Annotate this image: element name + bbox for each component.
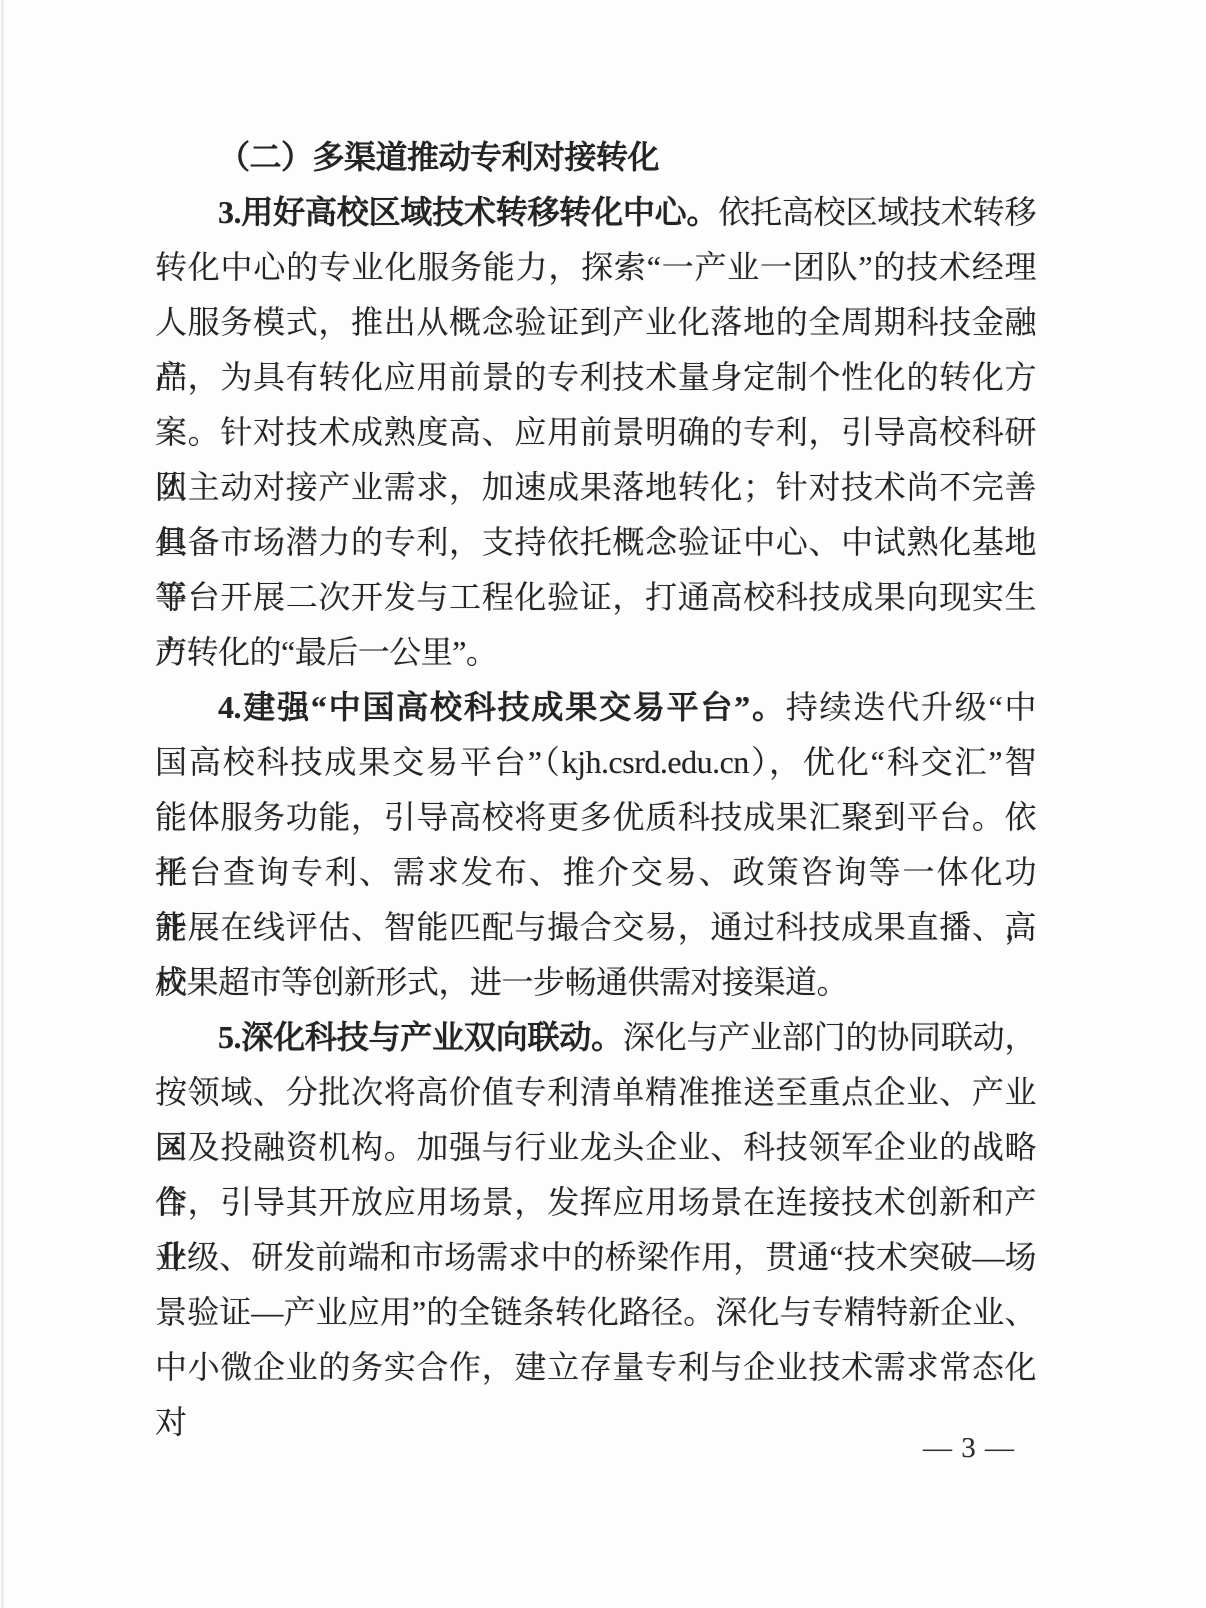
scanned-document-page: （二）多渠道推动专利对接转化 3.用好高校区域技术转移转化中心。依托高校区域技术…: [0, 0, 1206, 1608]
text-line: 国高校科技成果交易平台”（kjh.csrd.edu.cn），优化“科交汇”智: [155, 735, 1036, 790]
section-heading: （二）多渠道推动专利对接转化: [155, 130, 1036, 185]
line-text: 品，为具有转化应用前景的专利技术量身定制个性化的转化方: [155, 359, 1036, 395]
section-heading-text: （二）多渠道推动专利对接转化: [218, 139, 659, 175]
text-line: 品，为具有转化应用前景的专利技术量身定制个性化的转化方: [155, 350, 1036, 405]
line-text: 景验证—产业应用”的全链条转化路径。深化与专精特新企业、: [155, 1294, 1036, 1330]
text-line: 中小微企业的务实合作，建立存量专利与企业技术需求常态化对: [155, 1340, 1036, 1395]
line-text: 转化中心的专业化服务能力，探索“一产业一团队”的技术经理: [155, 249, 1036, 285]
text-line: 案。针对技术成熟度高、应用前景明确的专利，引导高校科研团: [155, 405, 1036, 460]
line-text: 依托高校区域技术转移: [718, 194, 1036, 230]
line-text: 持续迭代升级“中: [786, 689, 1036, 725]
text-line: 平台查询专利、需求发布、推介交易、政策咨询等一体化功能，: [155, 845, 1036, 900]
text-line: 作，引导其开放应用场景，发挥应用场景在连接技术创新和产业: [155, 1175, 1036, 1230]
paragraph-lead-bold: 4.建强“中国高校科技成果交易平台”。: [218, 689, 786, 725]
text-line: 4.建强“中国高校科技成果交易平台”。持续迭代升级“中: [155, 680, 1036, 735]
line-text: 力转化的“最后一公里”。: [155, 634, 497, 670]
line-text: 深化与产业部门的协同联动，: [623, 1019, 1036, 1055]
text-line: 开展在线评估、智能匹配与撮合交易，通过科技成果直播、高校: [155, 900, 1036, 955]
line-text: 成果超市等创新形式，进一步畅通供需对接渠道。: [155, 964, 848, 1000]
text-line: 景验证—产业应用”的全链条转化路径。深化与专精特新企业、: [155, 1285, 1036, 1340]
text-line: 成果超市等创新形式，进一步畅通供需对接渠道。: [155, 955, 1036, 1010]
text-line: 力转化的“最后一公里”。: [155, 625, 1036, 680]
text-line: 具备市场潜力的专利，支持依托概念验证中心、中试熟化基地等: [155, 515, 1036, 570]
text-line: 5.深化科技与产业双向联动。深化与产业部门的协同联动，: [155, 1010, 1036, 1065]
text-line: 人服务模式，推出从概念验证到产业化落地的全周期科技金融产: [155, 295, 1036, 350]
paragraph-lead-bold: 5.深化科技与产业双向联动。: [218, 1019, 623, 1055]
text-line: 3.用好高校区域技术转移转化中心。依托高校区域技术转移: [155, 185, 1036, 240]
text-line: 转化中心的专业化服务能力，探索“一产业一团队”的技术经理: [155, 240, 1036, 295]
line-text: 中小微企业的务实合作，建立存量专利与企业技术需求常态化对: [155, 1349, 1036, 1440]
paragraph-lead-bold: 3.用好高校区域技术转移转化中心。: [218, 194, 718, 230]
page-number: — 3 —: [923, 1428, 1015, 1468]
scan-edge-artifact: [1, 0, 4, 1608]
text-line: 按领域、分批次将高价值专利清单精准推送至重点企业、产业园: [155, 1065, 1036, 1120]
text-line: 平台开展二次开发与工程化验证，打通高校科技成果向现实生产: [155, 570, 1036, 625]
text-line: 升级、研发前端和市场需求中的桥梁作用，贯通“技术突破—场: [155, 1230, 1036, 1285]
text-line: 队主动对接产业需求，加速成果落地转化；针对技术尚不完善但: [155, 460, 1036, 515]
text-line: 能体服务功能，引导高校将更多优质科技成果汇聚到平台。依托: [155, 790, 1036, 845]
line-text: 升级、研发前端和市场需求中的桥梁作用，贯通“技术突破—场: [155, 1239, 1036, 1275]
line-text: 国高校科技成果交易平台”（kjh.csrd.edu.cn），优化“科交汇”智: [155, 744, 1036, 780]
text-line: 区及投融资机构。加强与行业龙头企业、科技领军企业的战略合: [155, 1120, 1036, 1175]
document-body: （二）多渠道推动专利对接转化 3.用好高校区域技术转移转化中心。依托高校区域技术…: [155, 130, 1036, 1395]
